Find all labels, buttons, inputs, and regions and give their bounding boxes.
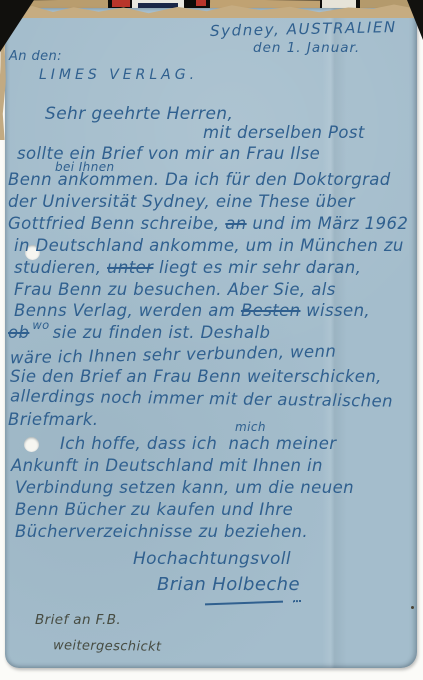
white-fragment	[322, 0, 356, 8]
body-line: Frau Benn zu besuchen. Aber Sie, als	[14, 282, 336, 299]
date-line: den 1. Januar.	[253, 42, 360, 56]
body-line: Benn Bücher zu kaufen und Ihre	[15, 502, 293, 519]
letter-paper: Sydney, AUSTRALIEN den 1. Januar. An den…	[5, 8, 417, 668]
body-line: Bücherverzeichnisse zu beziehen.	[15, 524, 308, 541]
body-line: in Deutschland ankomme, um in München zu	[14, 238, 404, 255]
body-line: allerdings noch immer mit der australisc…	[10, 388, 393, 410]
body-line: Briefmark.	[8, 412, 98, 429]
body-line: Ich hoffe, dass ich nach meiner	[60, 436, 336, 453]
signature-flourish	[205, 601, 283, 606]
body-line: wäre ich Ihnen sehr verbunden, wenn	[10, 344, 337, 367]
red-envelope-fragment	[112, 0, 130, 7]
struck-word: unter	[107, 258, 153, 277]
body-line: obwosie zu finden ist. Deshalb	[8, 325, 270, 342]
body-line: mit derselben Post	[203, 125, 365, 142]
salutation: Sehr geehrte Herren,	[45, 106, 233, 123]
punch-hole-bottom	[24, 437, 39, 452]
body-line: Benn ankommen. Da ich für den Doktorgrad	[8, 172, 391, 189]
struck-word: Besten	[241, 301, 301, 320]
insertion-word: wo	[32, 318, 49, 332]
insertion-above-line: mich	[235, 421, 266, 433]
struck-word: an	[225, 214, 246, 233]
red-envelope-fragment	[196, 0, 206, 6]
struck-word: ob	[8, 323, 29, 342]
closing: Hochachtungsvoll	[133, 551, 291, 568]
signature: Brian Holbeche	[157, 576, 300, 594]
addressee-prefix: An den:	[9, 50, 62, 63]
body-line: Verbindung setzen kann, um die neuen	[15, 480, 354, 497]
archive-annotation: weitergeschickt	[53, 639, 162, 654]
body-line: Benns Verlag, werden am Besten wissen,	[14, 303, 370, 320]
body-line: studieren, unter liegt es mir sehr daran…	[14, 260, 361, 277]
body-line: Gottfried Benn schreibe, an und im März …	[8, 216, 408, 233]
body-line: Sie den Brief an Frau Benn weiterschicke…	[10, 369, 382, 386]
body-line: der Universität Sydney, eine These über	[8, 194, 355, 211]
addressee: LIMES VERLAG.	[39, 68, 198, 82]
body-line: Ankunft in Deutschland mit Ihnen in	[11, 458, 323, 475]
scanned-letter: Sydney, AUSTRALIEN den 1. Januar. An den…	[0, 0, 423, 680]
archive-annotation: Brief an F.B.	[35, 614, 121, 628]
paper-speck	[411, 606, 414, 609]
place-line: Sydney, AUSTRALIEN	[210, 20, 397, 39]
